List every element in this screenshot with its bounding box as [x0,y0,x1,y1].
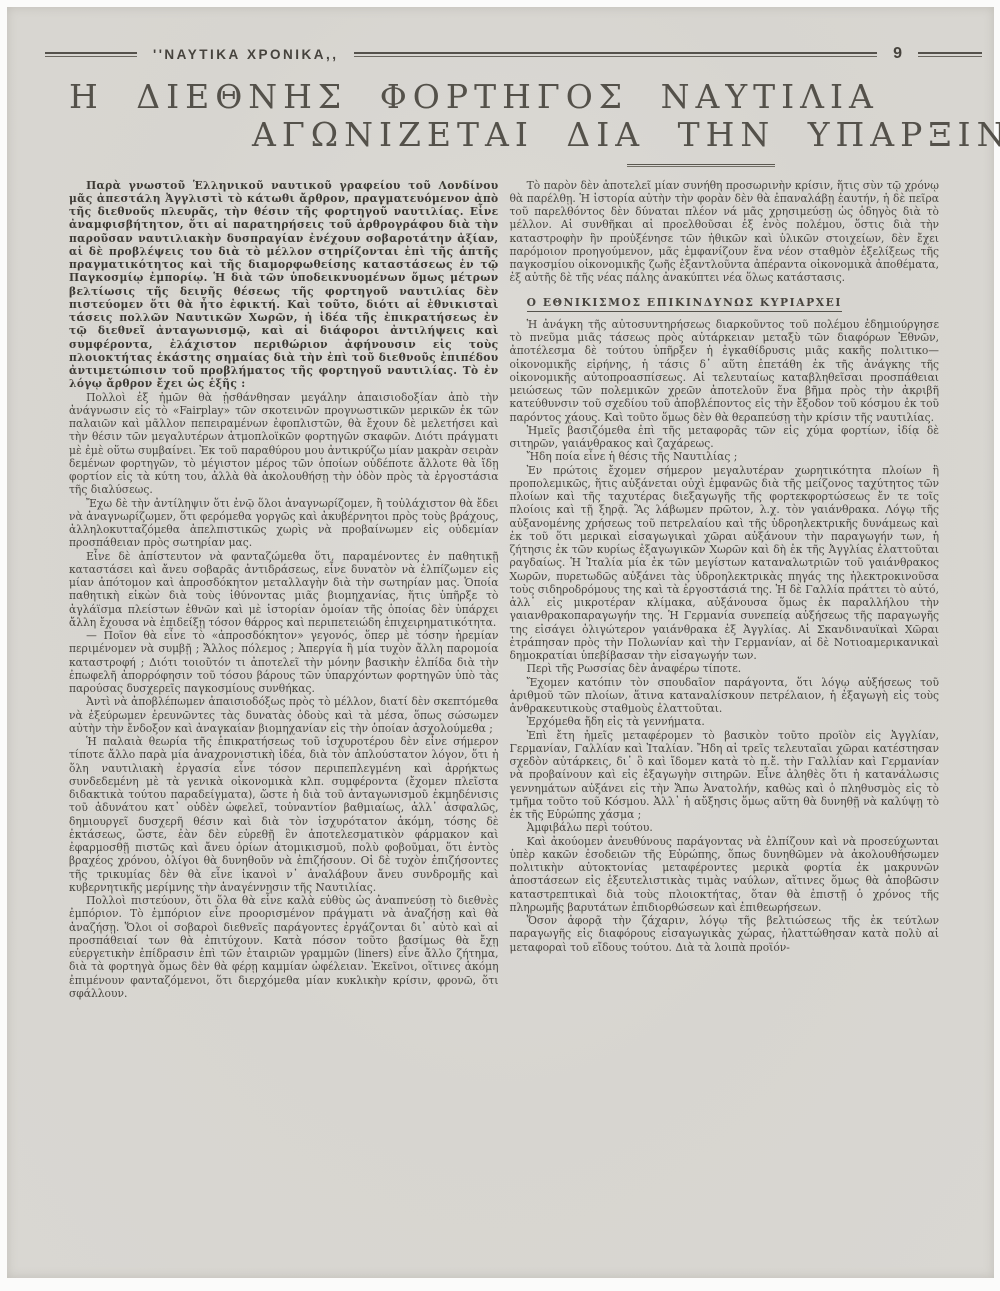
paragraph: Περὶ τῆς Ρωσσίας δὲν ἀναφέρω τίποτε. [510,662,940,675]
paragraph: Ἀμφιβάλω περὶ τούτου. [510,821,940,834]
masthead: ''ΝΑΥΤΙΚΑ ΧΡΟΝΙΚΑ,, [147,47,344,62]
paragraph: Ἡ ἀνάγκη τῆς αὐτοσυντηρήσεως διαρκοῦντος… [510,318,940,424]
paragraph: Ἔχω δὲ τὴν ἀντίληψιν ὅτι ἐνῷ ὅλοι ἀναγνω… [69,497,499,550]
paragraph: Ἐν πρώτοις ἔχομεν σήμερον μεγαλυτέραν χω… [510,464,940,663]
header-rule-right [918,52,982,57]
paragraph: Καὶ ἀκούομεν ἀνευθύνους παράγοντας νὰ ἐλ… [510,835,940,915]
paragraph: Ἀντὶ νὰ ἀποβλέπωμεν ἀπαισιοδόξως πρὸς τὸ… [69,695,499,735]
article-title-line-2: ΑΓΩΝΙΖΕΤΑΙ ΔΙΑ ΤΗΝ ΥΠΑΡΞΙΝ ΤΗΣ [69,117,939,153]
left-column: Παρὰ γνωστοῦ Ἑλληνικοῦ ναυτικοῦ γραφείου… [69,179,499,1001]
scanned-page: ''ΝΑΥΤΙΚΑ ΧΡΟΝΙΚΑ,, 9 Η ΔΙΕΘΝΗΣ ΦΟΡΤΗΓΟΣ… [7,7,994,1278]
section-subheading: Ο ΕΘΝΙΚΙΣΜΟΣ ΕΠΙΚΙΝΔΥΝΩΣ ΚΥΡΙΑΡΧΕΙ [510,296,940,309]
header-rule-left [45,52,137,57]
page-header: ''ΝΑΥΤΙΚΑ ΧΡΟΝΙΚΑ,, 9 [7,7,994,63]
paragraph: Πολλοὶ ἐξ ἡμῶν θὰ ᾐσθάνθησαν μεγάλην ἀπα… [69,391,499,497]
paragraph: Ἡμεῖς βασιζόμεθα ἐπὶ τῆς μεταφορᾶς τῶν ε… [510,424,940,451]
paragraph: Ἤδη ποία εἶνε ἡ θέσις τῆς Ναυτιλίας ; [510,450,940,463]
section-subheading-text: Ο ΕΘΝΙΚΙΣΜΟΣ ΕΠΙΚΙΝΔΥΝΩΣ ΚΥΡΙΑΡΧΕΙ [527,296,842,312]
header-rule-middle [354,52,877,57]
editor-note-paragraph: Παρὰ γνωστοῦ Ἑλληνικοῦ ναυτικοῦ γραφείου… [69,179,499,391]
paragraph: Τὸ παρὸν δὲν ἀποτελεῖ μίαν συνήθη προσωρ… [510,179,940,285]
paragraph: Ἡ παλαιὰ θεωρία τῆς ἐπικρατήσεως τοῦ ἰσχ… [69,735,499,894]
paragraph: Ἐρχόμεθα ἤδη εἰς τὰ γεννήματα. [510,715,940,728]
article-title: Η ΔΙΕΘΝΗΣ ΦΟΡΤΗΓΟΣ ΝΑΥΤΙΛΙΑ ΑΓΩΝΙΖΕΤΑΙ Δ… [7,63,994,167]
paragraph: Εἶνε δὲ ἀπίστευτον νὰ φανταζώμεθα ὅτι, π… [69,550,499,630]
paragraph: Ἐπὶ ἔτη ἡμεῖς μεταφέρομεν τὸ βασικὸν τοῦ… [510,729,940,822]
paragraph: Ὅσον ἀφορᾷ τὴν ζάχαριν, λόγῳ τῆς βελτιώσ… [510,914,940,954]
article-body: Παρὰ γνωστοῦ Ἑλληνικοῦ ναυτικοῦ γραφείου… [7,167,994,1001]
paragraph: — Ποῖον θὰ εἶνε τὸ «ἀπροσδόκητον» γεγονό… [69,629,499,695]
paragraph: Ἔχομεν κατόπιν τὸν σπουδαῖον παράγοντα, … [510,676,940,716]
right-column: Τὸ παρὸν δὲν ἀποτελεῖ μίαν συνήθη προσωρ… [510,179,940,954]
paragraph: Πολλοὶ πιστεύουν, ὅτι ὅλα θὰ εἶνε καλὰ ε… [69,894,499,1000]
article-title-line-1: Η ΔΙΕΘΝΗΣ ΦΟΡΤΗΓΟΣ ΝΑΥΤΙΛΙΑ [69,79,939,115]
page-number: 9 [887,45,908,63]
